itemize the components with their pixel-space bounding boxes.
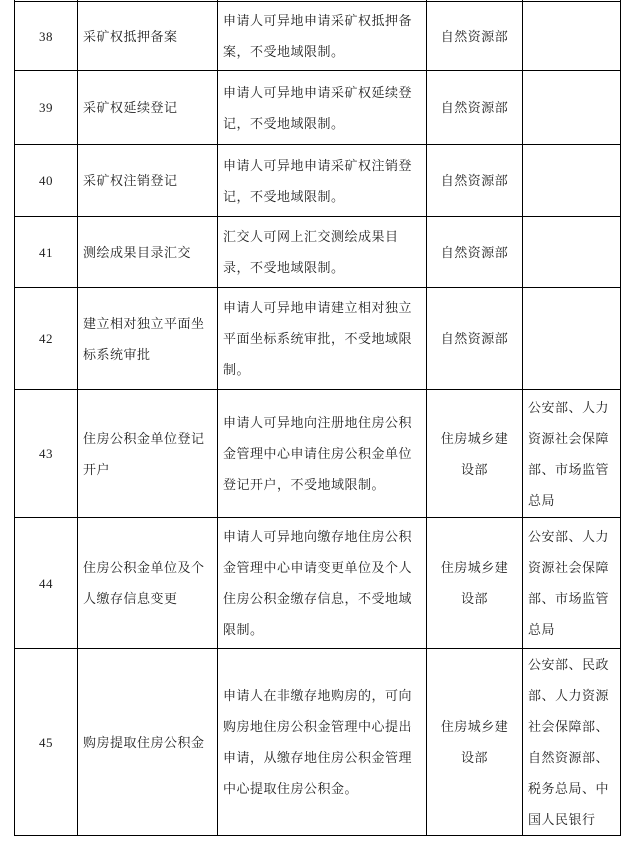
cell-responsible-department: 住房城乡建 设部 bbox=[427, 649, 523, 836]
table-row: 38 采矿权抵押备案 申请人可异地申请采矿权抵押备 案，不受地域限制。 自然资源… bbox=[15, 2, 621, 71]
cell-item-description: 申请人在非缴存地购房的，可向 购房地住房公积金管理中心提出 申请，从缴存地住房公… bbox=[218, 649, 427, 836]
cell-row-number: 41 bbox=[15, 217, 78, 288]
cross-region-services-table: 38 采矿权抵押备案 申请人可异地申请采矿权抵押备 案，不受地域限制。 自然资源… bbox=[14, 0, 621, 836]
cell-item-description: 申请人可异地向缴存地住房公积 金管理中心申请变更单位及个人 住房公积金缴存信息，… bbox=[218, 518, 427, 649]
cell-cooperating-departments bbox=[523, 71, 621, 145]
cell-row-number: 44 bbox=[15, 518, 78, 649]
cell-row-number: 45 bbox=[15, 649, 78, 836]
cell-item-name: 住房公积金单位登记 开户 bbox=[78, 390, 218, 518]
cell-row-number: 39 bbox=[15, 71, 78, 145]
table-row: 39 采矿权延续登记 申请人可异地申请采矿权延续登 记，不受地域限制。 自然资源… bbox=[15, 71, 621, 145]
cell-cooperating-departments bbox=[523, 145, 621, 217]
cell-responsible-department: 自然资源部 bbox=[427, 145, 523, 217]
cell-cooperating-departments bbox=[523, 288, 621, 390]
table-row: 43 住房公积金单位登记 开户 申请人可异地向注册地住房公积 金管理中心申请住房… bbox=[15, 390, 621, 518]
table-row: 42 建立相对独立平面坐 标系统审批 申请人可异地申请建立相对独立 平面坐标系统… bbox=[15, 288, 621, 390]
cell-item-name: 购房提取住房公积金 bbox=[78, 649, 218, 836]
table-row: 45 购房提取住房公积金 申请人在非缴存地购房的，可向 购房地住房公积金管理中心… bbox=[15, 649, 621, 836]
cell-row-number: 42 bbox=[15, 288, 78, 390]
cell-item-description: 申请人可异地申请采矿权延续登 记，不受地域限制。 bbox=[218, 71, 427, 145]
cell-item-description: 申请人可异地申请采矿权抵押备 案，不受地域限制。 bbox=[218, 2, 427, 71]
cell-item-name: 采矿权注销登记 bbox=[78, 145, 218, 217]
cell-responsible-department: 自然资源部 bbox=[427, 71, 523, 145]
cell-cooperating-departments: 公安部、人力 资源社会保障 部、市场监管 总局 bbox=[523, 390, 621, 518]
cell-responsible-department: 自然资源部 bbox=[427, 2, 523, 71]
table-row: 41 测绘成果目录汇交 汇交人可网上汇交测绘成果目 录，不受地域限制。 自然资源… bbox=[15, 217, 621, 288]
cell-cooperating-departments: 公安部、民政 部、人力资源 社会保障部、 自然资源部、 税务总局、中 国人民银行 bbox=[523, 649, 621, 836]
cell-item-name: 住房公积金单位及个 人缴存信息变更 bbox=[78, 518, 218, 649]
cell-row-number: 40 bbox=[15, 145, 78, 217]
cell-responsible-department: 住房城乡建 设部 bbox=[427, 518, 523, 649]
cell-responsible-department: 自然资源部 bbox=[427, 288, 523, 390]
cell-item-description: 申请人可异地向注册地住房公积 金管理中心申请住房公积金单位 登记开户，不受地域限… bbox=[218, 390, 427, 518]
cell-row-number: 43 bbox=[15, 390, 78, 518]
cell-responsible-department: 自然资源部 bbox=[427, 217, 523, 288]
cell-item-description: 申请人可异地申请建立相对独立 平面坐标系统审批，不受地域限 制。 bbox=[218, 288, 427, 390]
cell-item-name: 采矿权抵押备案 bbox=[78, 2, 218, 71]
cell-item-name: 建立相对独立平面坐 标系统审批 bbox=[78, 288, 218, 390]
cell-item-name: 采矿权延续登记 bbox=[78, 71, 218, 145]
cell-cooperating-departments: 公安部、人力 资源社会保障 部、市场监管 总局 bbox=[523, 518, 621, 649]
table-row: 44 住房公积金单位及个 人缴存信息变更 申请人可异地向缴存地住房公积 金管理中… bbox=[15, 518, 621, 649]
cell-responsible-department: 住房城乡建 设部 bbox=[427, 390, 523, 518]
cell-row-number: 38 bbox=[15, 2, 78, 71]
cell-cooperating-departments bbox=[523, 217, 621, 288]
cell-item-description: 汇交人可网上汇交测绘成果目 录，不受地域限制。 bbox=[218, 217, 427, 288]
table-row: 40 采矿权注销登记 申请人可异地申请采矿权注销登 记，不受地域限制。 自然资源… bbox=[15, 145, 621, 217]
cell-item-description: 申请人可异地申请采矿权注销登 记，不受地域限制。 bbox=[218, 145, 427, 217]
cell-cooperating-departments bbox=[523, 2, 621, 71]
cell-item-name: 测绘成果目录汇交 bbox=[78, 217, 218, 288]
